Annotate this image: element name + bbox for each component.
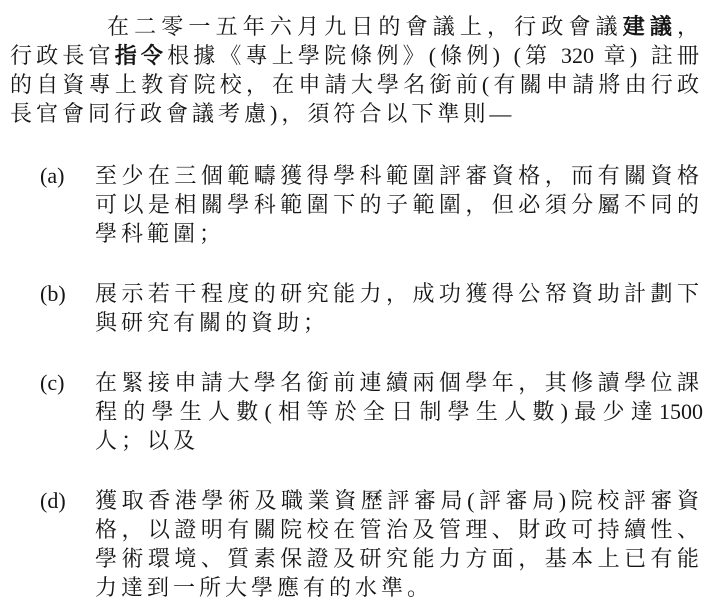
document-page: 在二零一五年六月九日的會議上，行政會議建議，行政長官指令根據《專上學院條例》(條… (0, 0, 711, 608)
criterion-c-body: 在緊接申請大學名銜前連續兩個學年，其修讀學位課程的學生人數(相等於全日制學生人數… (95, 370, 703, 424)
criterion-c-tail: 人；以及 (95, 428, 199, 453)
intro-bold-directed: 指令 (115, 43, 167, 68)
criterion-c-label: (c) (40, 368, 95, 455)
intro-chapter-number: 320 (561, 43, 594, 68)
criterion-c-number: 1500 (659, 399, 703, 424)
intro-paragraph: 在二零一五年六月九日的會議上，行政會議建議，行政長官指令根據《專上學院條例》(條… (10, 12, 703, 128)
criterion-b-label: (b) (40, 279, 95, 337)
intro-text-1: 在二零一五年六月九日的會議上，行政會議 (107, 14, 623, 39)
criteria-list: (a) 至少在三個範疇獲得學科範圍評審資格，而有關資格可以是相關學科範圍下的子範… (10, 161, 703, 602)
criterion-a: (a) 至少在三個範疇獲得學科範圍評審資格，而有關資格可以是相關學科範圍下的子範… (10, 161, 703, 248)
criterion-c: (c) 在緊接申請大學名銜前連續兩個學年，其修讀學位課程的學生人數(相等於全日制… (10, 368, 703, 455)
intro-bold-advised: 建議 (623, 14, 677, 39)
criterion-a-label: (a) (40, 161, 95, 248)
criterion-d-label: (d) (40, 486, 95, 602)
criterion-a-text: 至少在三個範疇獲得學科範圍評審資格，而有關資格可以是相關學科範圍下的子範圍，但必… (95, 161, 703, 248)
criterion-d-body: 獲取香港學術及職業資歷評審局(評審局)院校評審資格，以證明有關院校在管治及管理、… (95, 488, 703, 600)
criterion-d: (d) 獲取香港學術及職業資歷評審局(評審局)院校評審資格，以證明有關院校在管治… (10, 486, 703, 602)
criterion-b-body: 展示若干程度的研究能力，成功獲得公帑資助計劃下與研究有關的資助； (95, 281, 703, 335)
criterion-d-text: 獲取香港學術及職業資歷評審局(評審局)院校評審資格，以證明有關院校在管治及管理、… (95, 486, 703, 602)
intro-text-3: 根據《專上學院條例》(條例) (第 (167, 43, 561, 68)
criterion-b-text: 展示若干程度的研究能力，成功獲得公帑資助計劃下與研究有關的資助； (95, 279, 703, 337)
criterion-a-body: 至少在三個範疇獲得學科範圍評審資格，而有關資格可以是相關學科範圍下的子範圍，但必… (95, 163, 703, 246)
criterion-c-text: 在緊接申請大學名銜前連續兩個學年，其修讀學位課程的學生人數(相等於全日制學生人數… (95, 368, 703, 455)
criterion-b: (b) 展示若干程度的研究能力，成功獲得公帑資助計劃下與研究有關的資助； (10, 279, 703, 337)
